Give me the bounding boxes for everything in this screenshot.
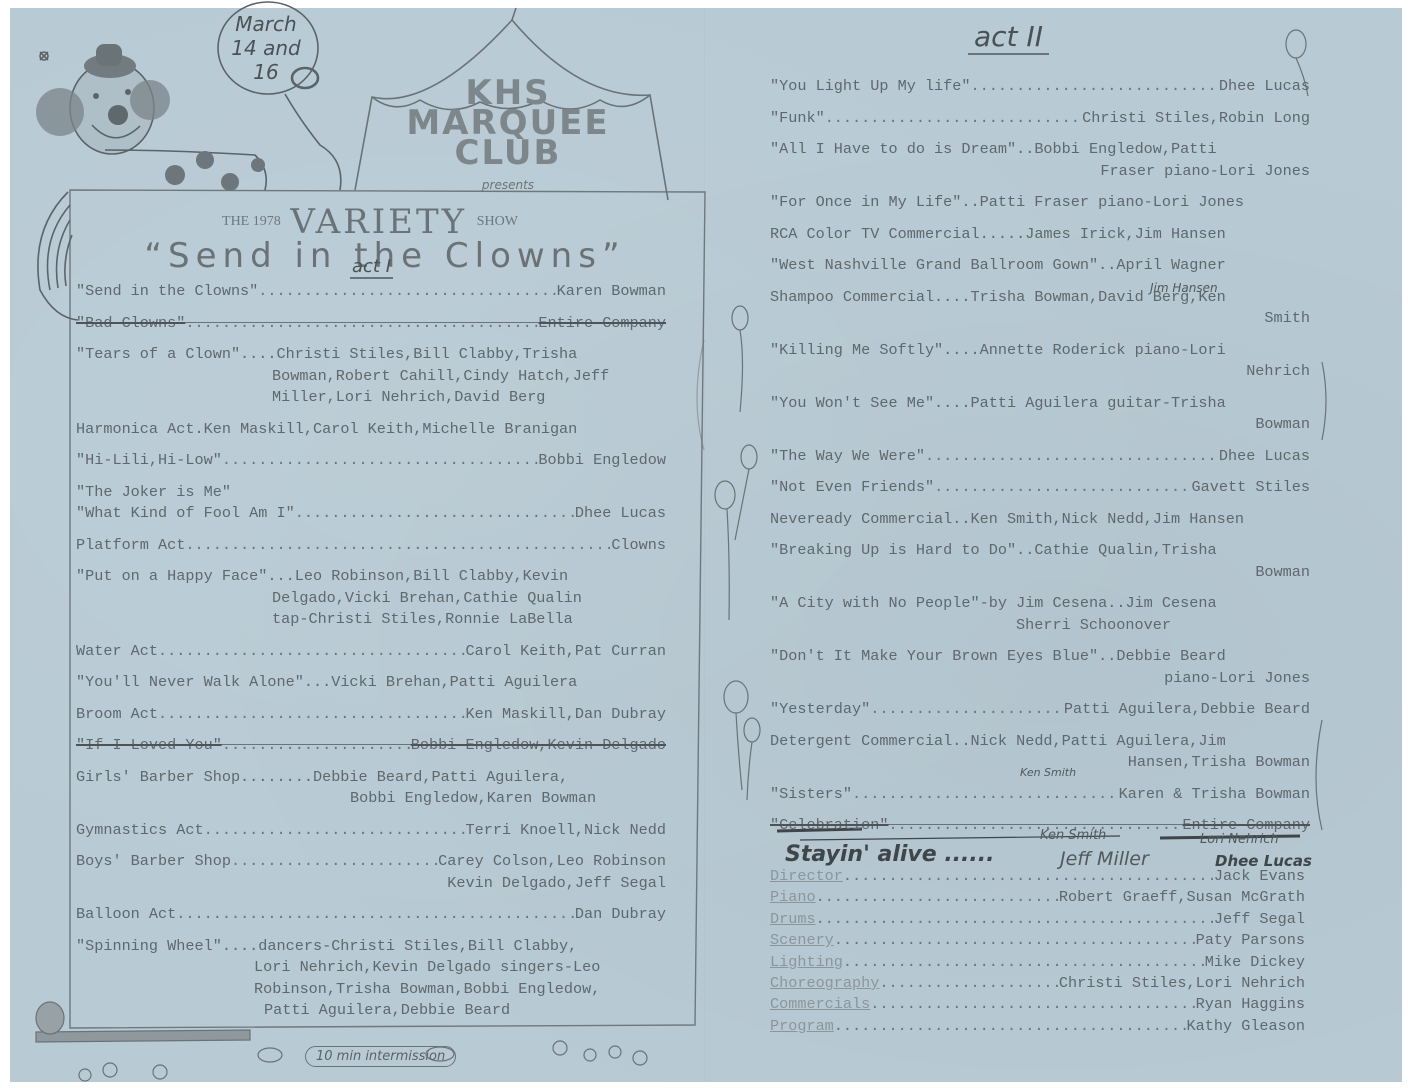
- handwritten-jim-hansen: Jim Hansen: [1150, 281, 1218, 295]
- leader-dots: [843, 952, 1205, 973]
- act-title: Boys' Barber Shop: [76, 851, 231, 873]
- program-entry: "West Nashville Grand Ballroom Gown"..Ap…: [770, 255, 1310, 277]
- program-entry: "Spinning Wheel"....dancers-Christi Stil…: [76, 936, 666, 1022]
- act-title: "A City with No People"-by Jim Cesena..: [770, 593, 1125, 615]
- performers: Bobbi Engledow: [538, 450, 666, 472]
- program-entry: "What Kind of Fool Am I"Dhee Lucas: [76, 503, 666, 525]
- act-title: "Funk": [770, 108, 825, 130]
- act-title: "West Nashville Grand Ballroom Gown"..: [770, 255, 1116, 277]
- performers: Bobbi Engledow,Patti: [1034, 139, 1216, 161]
- performers-continued: Nehrich: [770, 361, 1310, 383]
- act1-program-list: "Send in the Clowns"Karen Bowman"Bad Clo…: [76, 281, 666, 1032]
- act-title: Broom Act: [76, 704, 158, 726]
- credit-entry: PianoRobert Graeff,Susan McGrath: [770, 887, 1305, 908]
- performers-continued: Lori Nehrich,Kevin Delgado singers-Leo: [76, 957, 666, 979]
- performers-continued: Bowman: [770, 414, 1310, 436]
- act-title: Neveready Commercial..: [770, 509, 971, 531]
- performers: Ken Maskill,Dan Dubray: [465, 704, 666, 726]
- performers: Patti Aguilera,Debbie Beard: [1064, 699, 1310, 721]
- leader-dots: [258, 281, 556, 303]
- program-entry: Harmonica Act.Ken Maskill,Carol Keith,Mi…: [76, 419, 666, 441]
- production-credits: DirectorJack EvansPianoRobert Graeff,Sus…: [770, 866, 1305, 1037]
- leader-dots: [870, 699, 1064, 721]
- act-title: "Breaking Up is Hard to Do"..: [770, 540, 1034, 562]
- leader-dots: [185, 535, 611, 557]
- leader-dots: [185, 313, 538, 335]
- program-entry: "For Once in My Life"..Patti Fraser pian…: [770, 192, 1310, 214]
- act-title: "All I Have to do is Dream"..: [770, 139, 1034, 161]
- show-year: THE 1978: [222, 214, 281, 229]
- act-title: Platform Act: [76, 535, 185, 557]
- performers: Dhee Lucas: [575, 503, 666, 525]
- act2-program-list: "You Light Up My life"Dhee Lucas"Funk"Ch…: [770, 76, 1310, 847]
- credit-entry: SceneryPaty Parsons: [770, 930, 1305, 951]
- intermission-note: 10 min intermission: [305, 1046, 456, 1067]
- credit-role: Commercials: [770, 994, 870, 1015]
- performers: Nick Nedd,Patti Aguilera,Jim: [971, 731, 1226, 753]
- performers-continued: Robinson,Trisha Bowman,Bobbi Engledow,: [76, 979, 666, 1001]
- act-title: "Bad Clowns": [76, 313, 185, 335]
- credit-role: Piano: [770, 887, 816, 908]
- performers-continued: piano-Lori Jones: [770, 668, 1310, 690]
- act-title: Gymnastics Act: [76, 820, 204, 842]
- performers: Bobbi Engledow,Kevin Delgado: [411, 735, 666, 757]
- act-title: "The Joker is Me": [76, 482, 231, 504]
- credit-role: Lighting: [770, 952, 843, 973]
- act-title: Balloon Act: [76, 904, 176, 926]
- act-title: "Don't It Make Your Brown Eyes Blue"..: [770, 646, 1116, 668]
- leader-dots: [825, 108, 1082, 130]
- performers: Leo Robinson,Bill Clabby,Kevin: [295, 566, 568, 588]
- program-entry: "Tears of a Clown"....Christi Stiles,Bil…: [76, 344, 666, 409]
- leader-dots: [158, 641, 465, 663]
- performers: Carol Keith,Pat Curran: [465, 641, 666, 663]
- performers-continued: Miller,Lori Nehrich,David Berg: [76, 387, 666, 409]
- program-entry: "The Joker is Me": [76, 482, 666, 504]
- act-title: "Killing Me Softly"....: [770, 340, 980, 362]
- program-entry: RCA Color TV Commercial.....James Irick,…: [770, 224, 1310, 246]
- performers: Vicki Brehan,Patti Aguilera: [331, 672, 577, 694]
- performers: Dan Dubray: [575, 904, 666, 926]
- act-title: "You'll Never Walk Alone"...: [76, 672, 331, 694]
- act-title: "Hi-Lili,Hi-Low": [76, 450, 222, 472]
- program-entry: "Killing Me Softly"....Annette Roderick …: [770, 340, 1310, 383]
- program-entry: "Don't It Make Your Brown Eyes Blue"..De…: [770, 646, 1310, 689]
- performers: Dhee Lucas: [1219, 76, 1310, 98]
- performers-continued: Fraser piano-Lori Jones: [770, 161, 1310, 183]
- handwritten-ken-smith: Ken Smith: [1020, 766, 1076, 779]
- show-suffix: SHOW: [477, 214, 518, 229]
- performers: Karen & Trisha Bowman: [1119, 784, 1310, 806]
- handwritten-stayin-alive: Stayin' alive ......: [785, 842, 994, 867]
- credit-role: Program: [770, 1016, 834, 1037]
- leader-dots: [816, 909, 1214, 930]
- date-balloon: March 14 and 16: [216, 12, 316, 84]
- act-title: "Celebration": [770, 815, 888, 837]
- program-entry: "Hi-Lili,Hi-Low"Bobbi Engledow: [76, 450, 666, 472]
- program-entry: "You'll Never Walk Alone"...Vicki Brehan…: [76, 672, 666, 694]
- act-title: "Send in the Clowns": [76, 281, 258, 303]
- leader-dots: [158, 704, 465, 726]
- credit-name: Paty Parsons: [1196, 930, 1305, 951]
- credit-role: Scenery: [770, 930, 834, 951]
- credit-entry: ChoreographyChristi Stiles,Lori Nehrich: [770, 973, 1305, 994]
- leader-dots: [879, 973, 1059, 994]
- program-entry: "You Light Up My life"Dhee Lucas: [770, 76, 1310, 98]
- program-entry: "A City with No People"-by Jim Cesena..J…: [770, 593, 1310, 636]
- performers: April Wagner: [1116, 255, 1225, 277]
- leader-dots: [843, 866, 1214, 887]
- performers-continued: Bowman,Robert Cahill,Cindy Hatch,Jeff: [76, 366, 666, 388]
- act-title: "Not Even Friends": [770, 477, 934, 499]
- date-days: 14 and 16: [216, 36, 316, 84]
- credit-name: Jeff Segal: [1214, 909, 1305, 930]
- performers-continued: Bobbi Engledow,Karen Bowman: [76, 788, 666, 810]
- act-title: "Yesterday": [770, 699, 870, 721]
- leader-dots: [888, 815, 1182, 837]
- performers: Jim Cesena: [1125, 593, 1216, 615]
- act-title: Shampoo Commercial....: [770, 287, 971, 309]
- performers-continued: tap-Christi Stiles,Ronnie LaBella: [76, 609, 666, 631]
- credit-entry: DrumsJeff Segal: [770, 909, 1305, 930]
- program-entry: "Funk"Christi Stiles,Robin Long: [770, 108, 1310, 130]
- act-title: RCA Color TV Commercial.....: [770, 224, 1025, 246]
- performers: Christi Stiles,Bill Clabby,Trisha: [277, 344, 578, 366]
- act-title: "For Once in My Life"..: [770, 192, 980, 214]
- credit-name: Christi Stiles,Lori Nehrich: [1059, 973, 1305, 994]
- performers-continued: Delgado,Vicki Brehan,Cathie Qualin: [76, 588, 666, 610]
- program-entry: Platform ActClowns: [76, 535, 666, 557]
- program-entry: "Breaking Up is Hard to Do"..Cathie Qual…: [770, 540, 1310, 583]
- performers: James Irick,Jim Hansen: [1025, 224, 1226, 246]
- act2-heading: act II: [968, 20, 1049, 55]
- performers: Debbie Beard,Patti Aguilera,: [313, 767, 568, 789]
- act1-heading: act I: [350, 256, 393, 279]
- presents-label: presents: [388, 170, 628, 200]
- credit-entry: LightingMike Dickey: [770, 952, 1305, 973]
- program-entry: "Yesterday"Patti Aguilera,Debbie Beard: [770, 699, 1310, 721]
- leader-dots: [222, 735, 411, 757]
- program-entry: "Not Even Friends"Gavett Stiles: [770, 477, 1310, 499]
- handwritten-ken-smith-top: Ken Smith: [1040, 828, 1106, 843]
- credit-entry: DirectorJack Evans: [770, 866, 1305, 887]
- performers-continued: Kevin Delgado,Jeff Segal: [76, 873, 666, 895]
- program-entry: Broom ActKen Maskill,Dan Dubray: [76, 704, 666, 726]
- performers-continued: Patti Aguilera,Debbie Beard: [76, 1000, 666, 1022]
- program-entry: "Send in the Clowns"Karen Bowman: [76, 281, 666, 303]
- performers: Karen Bowman: [557, 281, 666, 303]
- program-entry: "If I Loved You"Bobbi Engledow,Kevin Del…: [76, 735, 666, 757]
- performers: Annette Roderick piano-Lori: [980, 340, 1226, 362]
- credit-role: Director: [770, 866, 843, 887]
- credit-role: Drums: [770, 909, 816, 930]
- performers: Debbie Beard: [1116, 646, 1225, 668]
- credit-name: Robert Graeff,Susan McGrath: [1059, 887, 1305, 908]
- program-entry: "All I Have to do is Dream"..Bobbi Engle…: [770, 139, 1310, 182]
- program-entry: Shampoo Commercial....Trisha Bowman,Davi…: [770, 287, 1310, 330]
- credit-name: Jack Evans: [1214, 866, 1305, 887]
- act-title: "You Won't See Me"....: [770, 393, 971, 415]
- act-title: "Spinning Wheel"....: [76, 936, 258, 958]
- leader-dots: [834, 930, 1196, 951]
- performers: Ken Maskill,Carol Keith,Michelle Braniga…: [204, 419, 578, 441]
- act-title: Harmonica Act.: [76, 419, 204, 441]
- leader-dots: [925, 446, 1219, 468]
- program-entry: Girls' Barber Shop........Debbie Beard,P…: [76, 767, 666, 810]
- act-title: Water Act: [76, 641, 158, 663]
- program-entry: Water ActCarol Keith,Pat Curran: [76, 641, 666, 663]
- leader-dots: [870, 994, 1195, 1015]
- handwritten-lori-nehrich: Lori Nehrich: [1200, 832, 1279, 847]
- program-entry: "You Won't See Me"....Patti Aguilera gui…: [770, 393, 1310, 436]
- program-entry: "The Way We Were"Dhee Lucas: [770, 446, 1310, 468]
- program-entry: "Bad Clowns"Entire Company: [76, 313, 666, 335]
- leader-dots: [295, 503, 575, 525]
- act-title: "You Light Up My life": [770, 76, 971, 98]
- act-title: Girls' Barber Shop........: [76, 767, 313, 789]
- leader-dots: [934, 477, 1191, 499]
- leader-dots: [231, 851, 438, 873]
- act-title: "If I Loved You": [76, 735, 222, 757]
- program-entry: Neveready Commercial..Ken Smith,Nick Ned…: [770, 509, 1310, 531]
- performers: Ken Smith,Nick Nedd,Jim Hansen: [971, 509, 1244, 531]
- credit-name: Ryan Haggins: [1196, 994, 1305, 1015]
- performers: Patti Aguilera guitar-Trisha: [971, 393, 1226, 415]
- act-title: Detergent Commercial..: [770, 731, 971, 753]
- performers: Carey Colson,Leo Robinson: [438, 851, 666, 873]
- credit-entry: CommercialsRyan Haggins: [770, 994, 1305, 1015]
- performers-continued: Smith: [770, 308, 1310, 330]
- credit-role: Choreography: [770, 973, 879, 994]
- performers: Entire Company: [538, 313, 666, 335]
- leader-dots: [816, 887, 1059, 908]
- performers-continued: Bowman: [770, 562, 1310, 584]
- performers: Cathie Qualin,Trisha: [1034, 540, 1216, 562]
- performers: Patti Fraser piano-Lori Jones: [980, 192, 1244, 214]
- leader-dots: [222, 450, 539, 472]
- act-title: "The Way We Were": [770, 446, 925, 468]
- credit-entry: ProgramKathy Gleason: [770, 1016, 1305, 1037]
- performers: dancers-Christi Stiles,Bill Clabby,: [258, 936, 577, 958]
- leader-dots: [834, 1016, 1187, 1037]
- act-title: "What Kind of Fool Am I": [76, 503, 295, 525]
- credit-name: Mike Dickey: [1205, 952, 1305, 973]
- leader-dots: [852, 784, 1119, 806]
- leader-dots: [971, 76, 1219, 98]
- leader-dots: [176, 904, 575, 926]
- program-entry: "Sisters"Karen & Trisha Bowman: [770, 784, 1310, 806]
- credit-name: Kathy Gleason: [1187, 1016, 1305, 1037]
- program-entry: Gymnastics ActTerri Knoell,Nick Nedd: [76, 820, 666, 842]
- act-title: "Sisters": [770, 784, 852, 806]
- performers: Dhee Lucas: [1219, 446, 1310, 468]
- act-title: "Tears of a Clown"....: [76, 344, 277, 366]
- program-entry: Boys' Barber ShopCarey Colson,Leo Robins…: [76, 851, 666, 894]
- performers: Gavett Stiles: [1192, 477, 1310, 499]
- date-month: March: [216, 12, 316, 36]
- performers: Clowns: [611, 535, 666, 557]
- program-entry: Balloon ActDan Dubray: [76, 904, 666, 926]
- leader-dots: [204, 820, 466, 842]
- performers-continued: Sherri Schoonover: [770, 615, 1310, 637]
- page-fold: [704, 8, 706, 1082]
- performers: Terri Knoell,Nick Nedd: [465, 820, 666, 842]
- act-title: "Put on a Happy Face"...: [76, 566, 295, 588]
- program-entry: "Put on a Happy Face"...Leo Robinson,Bil…: [76, 566, 666, 631]
- performers: Christi Stiles,Robin Long: [1082, 108, 1310, 130]
- marquee-club-logo: KHS MARQUEE CLUB presents: [388, 78, 628, 200]
